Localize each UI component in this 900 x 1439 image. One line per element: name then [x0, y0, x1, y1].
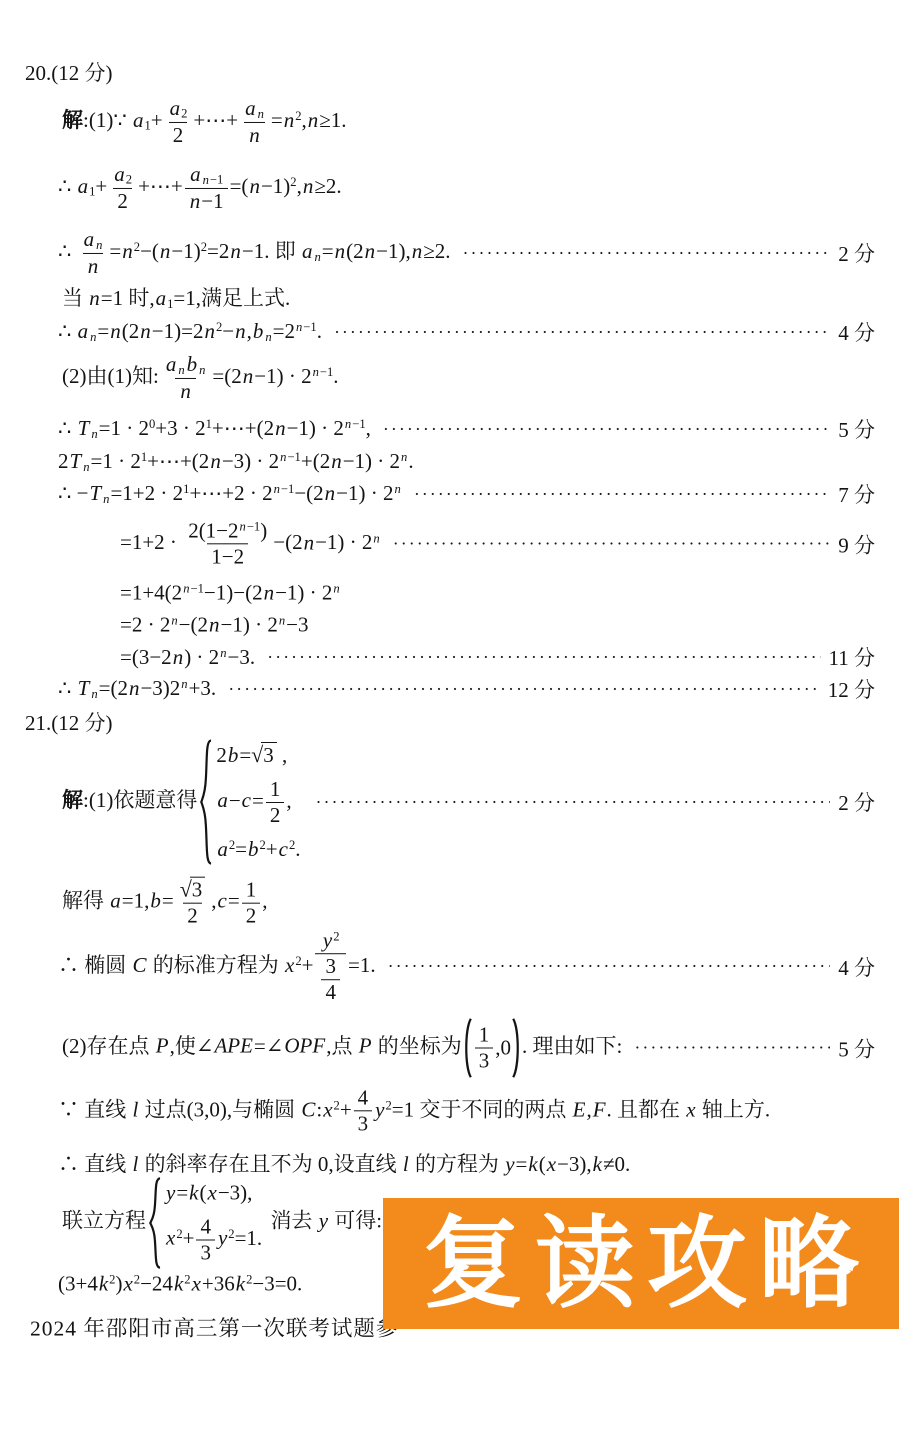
- close-paren-icon: [511, 1018, 522, 1079]
- math-text: −1: [210, 173, 223, 187]
- supscript: n: [372, 531, 380, 545]
- formula-content: 21.(12 分): [25, 711, 113, 735]
- math-text: 1: [246, 877, 257, 901]
- math-text: −1) · 2: [336, 481, 393, 505]
- numerator: 1: [242, 877, 261, 902]
- score-marker: 2 分: [838, 238, 875, 268]
- math-variable: x: [122, 1272, 133, 1296]
- math-variable: n: [364, 239, 377, 263]
- math-text: 轴上方.: [697, 1097, 771, 1121]
- denominator: n−1: [185, 188, 228, 214]
- fraction: √32: [176, 877, 210, 930]
- math-text: 3: [479, 1049, 490, 1073]
- math-variable: T: [77, 416, 91, 440]
- math-text: . 理由如下:: [522, 1034, 622, 1058]
- supscript: n: [332, 582, 340, 596]
- subscript: n−1: [202, 173, 224, 187]
- math-text: −1: [303, 320, 316, 334]
- math-text: ,点: [326, 1034, 358, 1058]
- math-text: (3+4: [58, 1272, 98, 1296]
- supscript: 2: [184, 1273, 190, 1287]
- formula-content: (2)存在点 P,使∠APE=∠OPF,点 P 的坐标为13,0. 理由如下:: [62, 1018, 622, 1079]
- fraction: 12: [266, 777, 285, 828]
- math-variable: n: [172, 645, 185, 669]
- math-text: ≥1.: [319, 108, 346, 132]
- p20-step-13: =(3−2n) · 2n−3.·························…: [120, 642, 875, 672]
- denominator: 3: [354, 1111, 373, 1137]
- math-variable: x: [207, 1180, 218, 1204]
- math-text: 2: [173, 123, 184, 147]
- dotted-leader: ········································…: [383, 419, 830, 440]
- math-text: =: [109, 239, 121, 263]
- math-variable: n: [264, 330, 272, 344]
- math-text: +: [340, 1097, 352, 1121]
- math-text: =∠: [254, 1034, 283, 1058]
- math-variable: n: [330, 449, 343, 473]
- numerator: 4: [354, 1085, 373, 1110]
- supscript: n: [170, 614, 178, 628]
- math-text: +3 · 2: [155, 416, 205, 440]
- math-text: ,: [286, 788, 291, 812]
- case-rows: 2b=√3 ,a−c=12,a2=b2+c2.: [216, 742, 300, 862]
- formula-content: ∴ Tn=(2n−3)2n+3.: [58, 676, 216, 702]
- numerator: 2(1−2n−1): [184, 518, 271, 543]
- math-variable: APE: [213, 1034, 253, 1058]
- math-text: ∴: [58, 239, 77, 263]
- math-variable: n: [208, 613, 221, 637]
- math-text: 3: [358, 1112, 369, 1136]
- math-text: 2(1−2: [188, 518, 238, 542]
- math-variable: n: [202, 173, 210, 187]
- math-text: −1: [287, 450, 300, 464]
- math-text: =2: [207, 239, 229, 263]
- numerator: an: [240, 96, 269, 122]
- score-marker: 2 分: [838, 787, 875, 817]
- subscript: n: [257, 107, 265, 121]
- supscript: n−1: [312, 365, 334, 379]
- math-text: ,使∠: [170, 1034, 214, 1058]
- math-variable: n: [88, 286, 101, 310]
- denominator: 2: [266, 802, 285, 828]
- math-variable: n: [177, 363, 185, 377]
- math-text: −1: [320, 365, 333, 379]
- math-variable: c: [278, 837, 289, 861]
- math-text: .: [295, 837, 300, 861]
- math-variable: a: [109, 889, 122, 913]
- math-text: =: [252, 788, 264, 812]
- numerator: a2: [165, 96, 192, 122]
- math-text: .: [408, 449, 413, 473]
- sqrt-radical: √3: [251, 743, 277, 767]
- math-text: 3: [200, 1241, 211, 1265]
- numerator: a2: [109, 162, 136, 188]
- dotted-leader: ········································…: [228, 679, 820, 700]
- bold-text: 解: [62, 788, 83, 812]
- math-text: =(2: [99, 676, 128, 700]
- math-variable: n: [109, 319, 122, 343]
- supscript: n: [180, 677, 188, 691]
- formula-content: 解:(1)依题意得2b=√3 ,a−c=12,a2=b2+c2.: [62, 738, 303, 866]
- subscript: n: [264, 330, 272, 344]
- math-variable: n: [198, 363, 206, 377]
- subscript: n: [90, 427, 98, 441]
- math-text: =1,: [122, 889, 150, 913]
- dotted-leader: ········································…: [414, 484, 830, 505]
- math-text: −3.: [227, 645, 255, 669]
- numerator: √3: [176, 877, 210, 903]
- case-rows: y=k(x−3),x2+43y2=1.: [165, 1180, 262, 1265]
- math-variable: n: [139, 319, 152, 343]
- math-text: =1.: [235, 1226, 263, 1250]
- math-text: 2: [58, 449, 69, 473]
- p20-step-14: ∴ Tn=(2n−3)2n+3.························…: [58, 674, 875, 704]
- math-text: −(2: [179, 613, 208, 637]
- math-text: ≥2.: [423, 239, 450, 263]
- math-variable: b: [149, 889, 162, 913]
- math-variable: a: [216, 788, 229, 812]
- problem-21-header: 21.(12 分): [25, 707, 113, 737]
- math-text: −1: [201, 189, 223, 213]
- subscript: n: [90, 687, 98, 701]
- formula-content: ∴ a1+a22+⋯+an−1n−1=(n−1)2,n≥2.: [58, 174, 342, 198]
- math-variable: n: [239, 519, 247, 533]
- math-text: ,: [211, 889, 216, 913]
- math-variable: n: [170, 614, 178, 628]
- formula-content: 联立方程y=k(x−3),x2+43y2=1. 消去 y 可得:: [62, 1209, 382, 1233]
- cases-group: 2b=√3 ,a−c=12,a2=b2+c2.: [200, 738, 300, 866]
- math-text: +: [266, 837, 278, 861]
- numerator: anbn: [161, 352, 211, 378]
- watermark-text: 复读攻略: [411, 1214, 871, 1314]
- math-text: =1 交于不同的两点: [392, 1097, 572, 1121]
- math-text: ,: [302, 108, 307, 132]
- math-text: 2: [216, 743, 227, 767]
- math-variable: y: [504, 1152, 515, 1176]
- math-text: −1: [247, 519, 260, 533]
- math-text: 解得: [62, 889, 109, 913]
- numerator: 1: [475, 1022, 494, 1047]
- math-text: −: [222, 319, 234, 343]
- supscript: n−1: [344, 417, 366, 431]
- math-variable: x: [685, 1097, 696, 1121]
- math-text: 1−2: [211, 545, 244, 569]
- denominator: 2: [183, 903, 202, 929]
- numerator: an: [79, 227, 108, 253]
- math-text: (2: [346, 239, 364, 263]
- math-variable: P: [358, 1034, 373, 1058]
- math-variable: n: [307, 108, 320, 132]
- math-variable: n: [248, 123, 261, 147]
- p20-step-11: =1+4(2n−1−1)−(2n−1) · 2n: [120, 581, 341, 606]
- math-text: (: [200, 1180, 207, 1204]
- math-text: 的坐标为: [373, 1034, 462, 1058]
- math-text: −1: [352, 417, 365, 431]
- score-marker: 5 分: [838, 1033, 875, 1063]
- math-text: 21.(12 分): [25, 711, 113, 735]
- numerator: 1: [266, 777, 285, 802]
- dotted-leader: ········································…: [463, 243, 831, 264]
- p20-step-4: 当 n=1 时,a1=1,满足上式.: [62, 282, 290, 312]
- math-text: =1.: [348, 953, 376, 977]
- math-text: +: [302, 953, 314, 977]
- p21-step-4: (2)存在点 P,使∠APE=∠OPF,点 P 的坐标为13,0. 理由如下:·…: [62, 1018, 875, 1079]
- math-text: 消去: [265, 1209, 318, 1233]
- math-text: =1+4(2: [120, 581, 182, 605]
- math-variable: a: [77, 319, 90, 343]
- math-variable: n: [229, 239, 242, 263]
- math-text: ): [260, 518, 267, 542]
- math-text: =: [271, 108, 283, 132]
- case-row: y=k(x−3),: [165, 1180, 252, 1205]
- denominator: 1−2: [207, 544, 248, 570]
- math-variable: l: [402, 1152, 410, 1176]
- math-text: ≠0.: [603, 1152, 630, 1176]
- formula-content: ∴ 直线 l 的斜率存在且不为 0,设直线 l 的方程为 y=k(x−3),k≠…: [58, 1152, 630, 1176]
- p20-step-3: ∴ ann=n2−(n−1)2=2n−1. 即 an=n(2n−1),n≥2.·…: [58, 227, 875, 279]
- math-variable: b: [227, 743, 240, 767]
- math-variable: n: [90, 687, 98, 701]
- fraction: 43: [196, 1214, 215, 1265]
- formula-content: ∴ −Tn=1+2 · 21+⋯+2 · 2n−1−(2n−1) · 2n: [58, 481, 402, 507]
- math-text: ,0: [495, 1036, 511, 1061]
- math-variable: n: [257, 107, 265, 121]
- math-text: −3: [286, 613, 308, 637]
- math-text: −1): [171, 239, 200, 263]
- math-variable: n: [334, 239, 347, 263]
- subscript: 2: [181, 107, 187, 121]
- math-text: +⋯+: [138, 174, 183, 198]
- denominator: 34: [315, 953, 346, 1005]
- math-text: =2 · 2: [120, 613, 170, 637]
- math-text: 的标准方程为: [148, 953, 285, 977]
- math-variable: c: [241, 788, 252, 812]
- math-variable: y: [322, 928, 333, 952]
- denominator: n: [83, 253, 104, 279]
- math-text: 3: [263, 743, 274, 767]
- math-text: −1)=2: [152, 319, 204, 343]
- p20-step-1: 解:(1)∵ a1+a22+⋯+ann=n2,n≥1.: [62, 96, 347, 148]
- math-text: 2: [181, 107, 187, 121]
- math-text: =: [228, 889, 240, 913]
- math-variable: k: [592, 1152, 603, 1176]
- math-text: =: [239, 743, 251, 767]
- denominator: 2: [242, 902, 261, 928]
- fraction: y234: [315, 928, 346, 1006]
- math-variable: b: [247, 837, 260, 861]
- math-variable: y: [217, 1226, 228, 1250]
- math-text: =1+2 · 2: [110, 481, 183, 505]
- math-variable: n: [263, 581, 276, 605]
- numerator: an−1: [185, 162, 227, 188]
- math-variable: x: [284, 953, 295, 977]
- math-variable: k: [527, 1152, 538, 1176]
- problem-20-header: 20.(12 分): [25, 57, 113, 87]
- math-text: 3: [325, 954, 336, 978]
- math-text: (2)由(1)知:: [62, 364, 159, 388]
- math-text: =(2: [212, 364, 241, 388]
- math-text: =2: [273, 319, 295, 343]
- math-text: −1) · 2: [343, 449, 400, 473]
- math-text: 当: [62, 286, 88, 310]
- p21-step-1: 解:(1)依题意得2b=√3 ,a−c=12,a2=b2+c2.········…: [62, 738, 875, 866]
- formula-content: =1+2 · 2(1−2n−1)1−2−(2n−1) · 2n: [120, 518, 381, 569]
- formula-content: 20.(12 分): [25, 61, 113, 85]
- math-text: ∴: [58, 676, 77, 700]
- fraction: an−1n−1: [185, 162, 228, 214]
- math-variable: n: [313, 250, 321, 264]
- math-variable: k: [188, 1180, 199, 1204]
- fraction: 13: [475, 1022, 494, 1073]
- math-variable: n: [180, 677, 188, 691]
- fraction: 43: [354, 1085, 373, 1136]
- math-text: ∴ 直线: [58, 1152, 132, 1176]
- formula-content: =(3−2n) · 2n−3.: [120, 645, 255, 670]
- dotted-leader: ········································…: [315, 792, 830, 813]
- math-variable: n: [324, 481, 337, 505]
- math-variable: T: [77, 676, 91, 700]
- cases-group: y=k(x−3),x2+43y2=1.: [149, 1177, 262, 1270]
- subscript: 2: [126, 173, 132, 187]
- math-text: ∴: [58, 416, 77, 440]
- math-text: +⋯+: [193, 108, 238, 132]
- math-text: −: [229, 788, 241, 812]
- denominator: 3: [475, 1048, 494, 1074]
- math-text: 4: [358, 1085, 369, 1109]
- math-text: ,: [262, 889, 267, 913]
- denominator: 2: [169, 122, 188, 148]
- formula-content: ∴ ann=n2−(n−1)2=2n−1. 即 an=n(2n−1),n≥2.: [58, 227, 451, 279]
- fraction: ann: [79, 227, 108, 279]
- math-text: −3),: [218, 1180, 253, 1204]
- math-text: −1) · 2: [220, 613, 277, 637]
- math-text: −3),: [557, 1152, 592, 1176]
- math-variable: a: [169, 96, 182, 120]
- math-text: ,: [277, 743, 288, 767]
- fraction: anbnn: [161, 352, 211, 404]
- math-text: =1 · 2: [99, 416, 149, 440]
- fraction: 12: [242, 877, 261, 928]
- math-text: −1) · 2: [275, 581, 332, 605]
- math-text: ≥2.: [314, 174, 341, 198]
- fraction: ann: [240, 96, 269, 148]
- fraction: 34: [321, 954, 340, 1005]
- math-text: .: [317, 319, 322, 343]
- open-paren-icon: [462, 1018, 473, 1079]
- curly-brace-icon: [149, 1177, 162, 1270]
- math-text: 20.(12 分): [25, 61, 113, 85]
- fraction: 2(1−2n−1)1−2: [184, 518, 271, 569]
- numerator: y2: [318, 928, 344, 953]
- score-marker: 4 分: [838, 952, 875, 982]
- radicand: 3: [190, 877, 206, 902]
- math-variable: n: [302, 174, 315, 198]
- math-variable: n: [372, 531, 380, 545]
- p21-step-3: ∴ 椭圆 C 的标准方程为 x2+y234=1.················…: [58, 928, 875, 1006]
- math-text: +36: [202, 1272, 235, 1296]
- math-text: −1) · 2: [287, 416, 344, 440]
- math-variable: C: [132, 953, 148, 977]
- math-text: =: [176, 1180, 188, 1204]
- math-variable: n: [273, 482, 281, 496]
- math-text: +⋯+(2: [212, 416, 274, 440]
- math-variable: x: [191, 1272, 202, 1296]
- formula-content: ∴ an=n(2n−1)=2n2−n,bn=2n−1.: [58, 319, 322, 345]
- math-variable: OPF: [283, 1034, 326, 1058]
- math-variable: n: [274, 416, 287, 440]
- math-text: 的斜率存在且不为 0,设直线: [139, 1152, 402, 1176]
- formula-content: =2 · 2n−(2n−1) · 2n−3: [120, 613, 308, 637]
- score-marker: 9 分: [838, 529, 875, 559]
- math-variable: n: [283, 108, 296, 132]
- math-text: 可得:: [329, 1209, 382, 1233]
- dotted-leader: ········································…: [267, 647, 820, 668]
- denominator: 4: [321, 980, 340, 1006]
- math-variable: c: [217, 889, 228, 913]
- subscript: n: [177, 363, 185, 377]
- math-text: .: [333, 364, 338, 388]
- math-text: =1,满足上式.: [173, 286, 290, 310]
- score-marker: 11 分: [829, 642, 875, 672]
- math-variable: n: [121, 239, 134, 263]
- math-variable: n: [159, 239, 172, 263]
- denominator: n: [175, 378, 196, 404]
- supscript: n−1: [295, 320, 317, 334]
- math-text: =: [97, 319, 109, 343]
- math-variable: E: [572, 1097, 587, 1121]
- p21-step-8: (3+4k2)x2−24k2x+36k2−3=0.: [58, 1272, 302, 1297]
- math-variable: n: [312, 365, 320, 379]
- math-text: ∴: [58, 319, 77, 343]
- formula-content: ∴ Tn=1 · 20+3 · 21+⋯+(2n−1) · 2n−1,: [58, 416, 371, 442]
- math-variable: n: [90, 427, 98, 441]
- subscript: n: [313, 250, 321, 264]
- case-row: a2=b2+c2.: [216, 837, 300, 862]
- math-text: −1)−(2: [204, 581, 263, 605]
- math-text: −1),: [376, 239, 411, 263]
- math-text: ∴: [58, 174, 77, 198]
- math-text: −(2: [294, 481, 323, 505]
- formula-content: 2Tn=1 · 21+⋯+(2n−3) · 2n−1+(2n−1) · 2n.: [58, 449, 414, 473]
- math-text: :(1)∵: [83, 108, 132, 132]
- math-variable: a: [301, 239, 314, 263]
- math-text: ∵ 直线: [58, 1097, 132, 1121]
- math-text: 4: [200, 1214, 211, 1238]
- math-variable: C: [300, 1097, 316, 1121]
- math-variable: y: [318, 1209, 329, 1233]
- formula-content: =1+4(2n−1−1)−(2n−1) · 2n: [120, 581, 341, 605]
- math-variable: n: [234, 319, 247, 343]
- math-text: 联立方程: [62, 1209, 146, 1233]
- math-variable: y: [165, 1180, 176, 1204]
- math-text: 2: [117, 189, 128, 213]
- math-variable: n: [209, 449, 222, 473]
- math-variable: n: [203, 319, 216, 343]
- math-text: =: [516, 1152, 528, 1176]
- score-marker: 12 分: [828, 674, 875, 704]
- math-text: 的方程为: [410, 1152, 505, 1176]
- supscript: n: [278, 614, 286, 628]
- math-text: +: [95, 174, 107, 198]
- math-text: −24: [140, 1272, 173, 1296]
- math-variable: a: [77, 174, 90, 198]
- sqrt-radical: √3: [180, 878, 206, 902]
- numerator: 4: [196, 1214, 215, 1239]
- fraction: a22: [165, 96, 192, 148]
- math-text: +: [151, 108, 163, 132]
- math-text: =: [322, 239, 334, 263]
- supscript: n−1: [279, 450, 301, 464]
- supscript: n−1: [273, 482, 295, 496]
